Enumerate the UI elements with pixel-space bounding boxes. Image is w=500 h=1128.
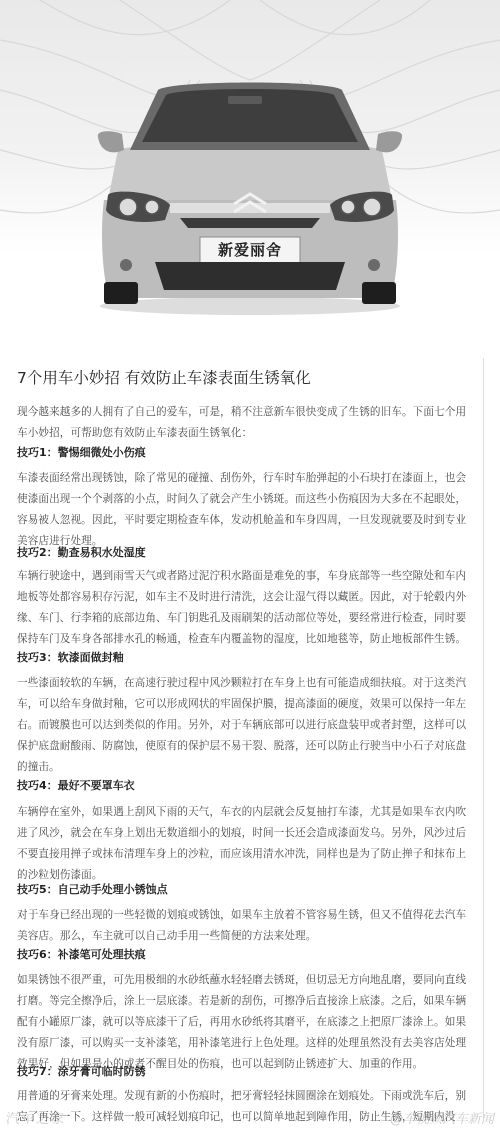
tip-5-body: 对于车身已经出现的一些轻微的划痕或锈蚀，如果车主放着不管容易生锈，但又不值得花去… (17, 905, 467, 947)
tip-2-body: 车辆行驶途中，遇到雨雪天气或者路过泥泞积水路面是难免的事，车身底部等一些空隙处和… (17, 566, 467, 650)
article: 7个用车小妙招 有效防止车漆表面生锈氧化 现今越来越多的人拥有了自己的爱车，可是… (0, 340, 500, 1128)
tip-1-body: 车漆表面经常出现锈蚀，除了常见的碰撞、刮伤外，行车时车胎弹起的小石块打在漆面上，… (17, 468, 467, 552)
watermark-right: @车视频汽车新闻 (390, 1112, 494, 1128)
tip-3-body: 一些漆面较软的车辆，在高速行驶过程中风沙颗粒打在车身上也有可能造成细扶痕。对于这… (17, 673, 467, 778)
tip-5-heading: 技巧5：自己动手处理小锈蚀点 (17, 880, 467, 900)
car-illustration (0, 0, 500, 340)
tip-7-heading: 技巧7：涂牙膏可临时防锈 (17, 1062, 467, 1082)
tip-6-heading: 技巧6：补漆笔可处理扶痕 (17, 945, 467, 965)
article-title: 7个用车小妙招 有效防止车漆表面生锈氧化 (17, 366, 477, 390)
tip-1-heading: 技巧1：警惕细微处小伤痕 (17, 443, 467, 463)
tip-6-body: 如果锈蚀不很严重，可先用极细的水砂纸蘸水轻轻磨去锈斑，但切忌无方向地乱磨，要同向… (17, 970, 467, 1075)
tip-2-heading: 技巧2：勤查易积水处湿度 (17, 543, 467, 563)
watermark-overlay: 汽车之家 @车视频汽车新闻 (0, 1112, 500, 1128)
hero-car-image: 新爱丽舍 (0, 0, 500, 340)
intro-paragraph: 现今越来越多的人拥有了自己的爱车，可是，稍不注意新车很快变成了生锈的旧车。下面七… (17, 402, 467, 444)
tip-4-heading: 技巧4：最好不要罩车衣 (17, 776, 467, 796)
license-plate-text: 新爱丽舍 (202, 238, 298, 262)
watermark-left: 汽车之家 (6, 1112, 66, 1128)
tip-4-body: 车辆停在室外，如果遇上刮风下雨的天气，车衣的内层就会反复抽打车漆，尤其是如果车衣… (17, 802, 467, 886)
tip-3-heading: 技巧3：软漆面做封釉 (17, 648, 467, 668)
content-border-line (483, 358, 484, 1118)
